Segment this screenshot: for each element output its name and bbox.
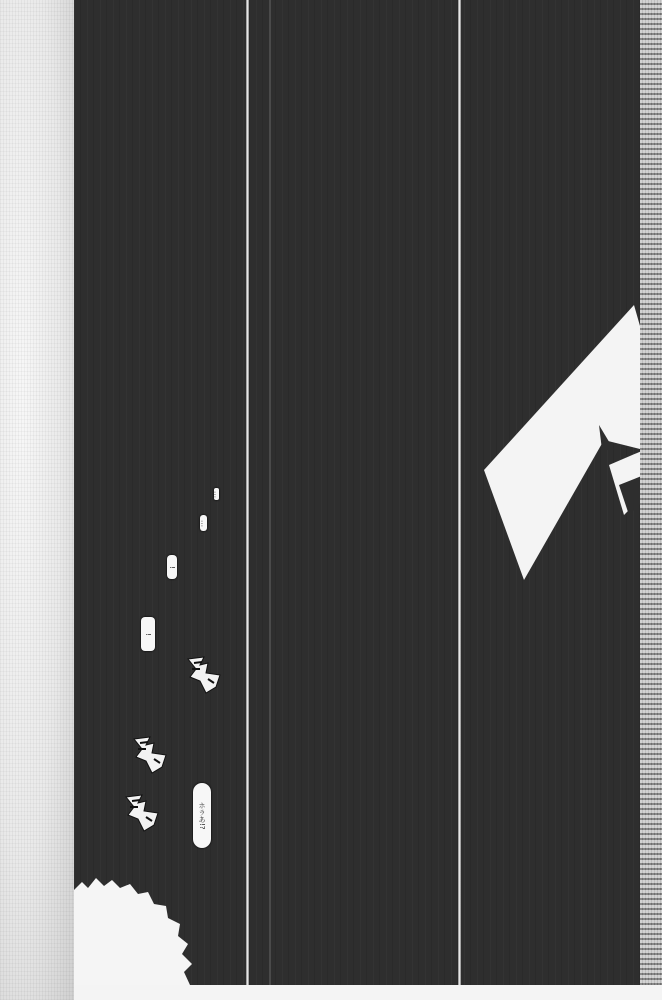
bottom-page-margin — [74, 985, 662, 1000]
speech-bubble-2: … — [200, 515, 207, 531]
speech-bubble-3: ! — [167, 555, 177, 579]
left-page-margin — [0, 0, 74, 1000]
sfx-rumble-icon — [124, 793, 162, 833]
speech-bubble-5: ホラあ!? — [193, 783, 211, 848]
white-triangle-shape — [484, 300, 640, 585]
manga-panel: … … ! ! ホラあ!? — [74, 0, 640, 985]
lane-line-right — [458, 0, 461, 985]
speech-bubble-4: ! — [141, 617, 155, 651]
sfx-rumble-icon — [132, 735, 170, 775]
lane-line-faint — [269, 0, 271, 985]
white-burst-effect — [74, 860, 244, 985]
speech-bubble-1: … — [214, 488, 219, 500]
sfx-rumble-icon — [186, 655, 224, 695]
lane-line-left — [246, 0, 249, 985]
